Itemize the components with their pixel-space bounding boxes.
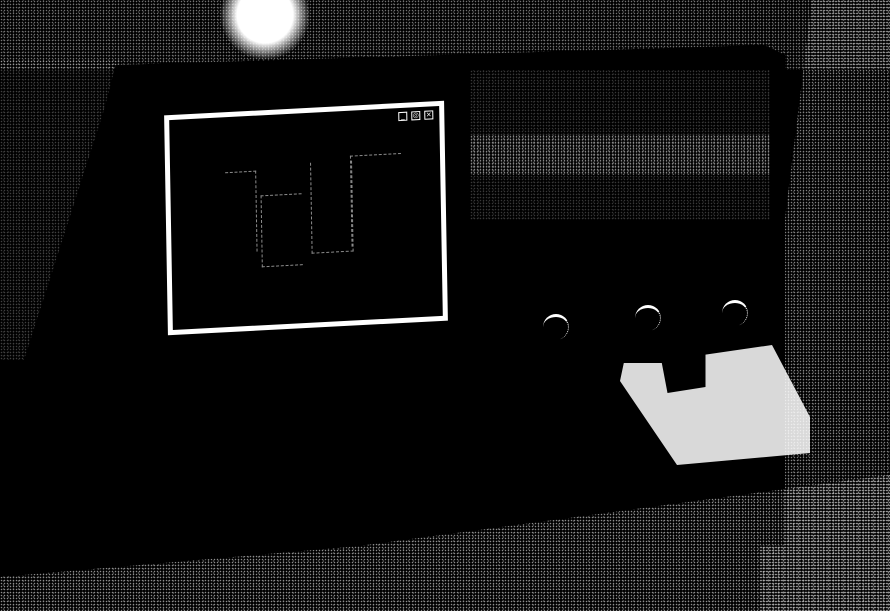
waveform-trace bbox=[225, 171, 257, 254]
screen-icon-bar: _ ◎ × bbox=[398, 110, 433, 121]
knob-left[interactable] bbox=[543, 314, 569, 340]
waveform-trace bbox=[310, 161, 354, 254]
close-icon: × bbox=[424, 110, 433, 119]
settings-icon: ◎ bbox=[411, 111, 420, 120]
knob-right[interactable] bbox=[722, 300, 748, 326]
knob-middle[interactable] bbox=[635, 305, 661, 331]
minimize-icon: _ bbox=[398, 112, 407, 121]
waveform-trace bbox=[261, 193, 303, 267]
waveform-trace bbox=[350, 153, 403, 247]
display-screen: _ ◎ × bbox=[164, 101, 448, 335]
control-button-row bbox=[470, 135, 770, 175]
